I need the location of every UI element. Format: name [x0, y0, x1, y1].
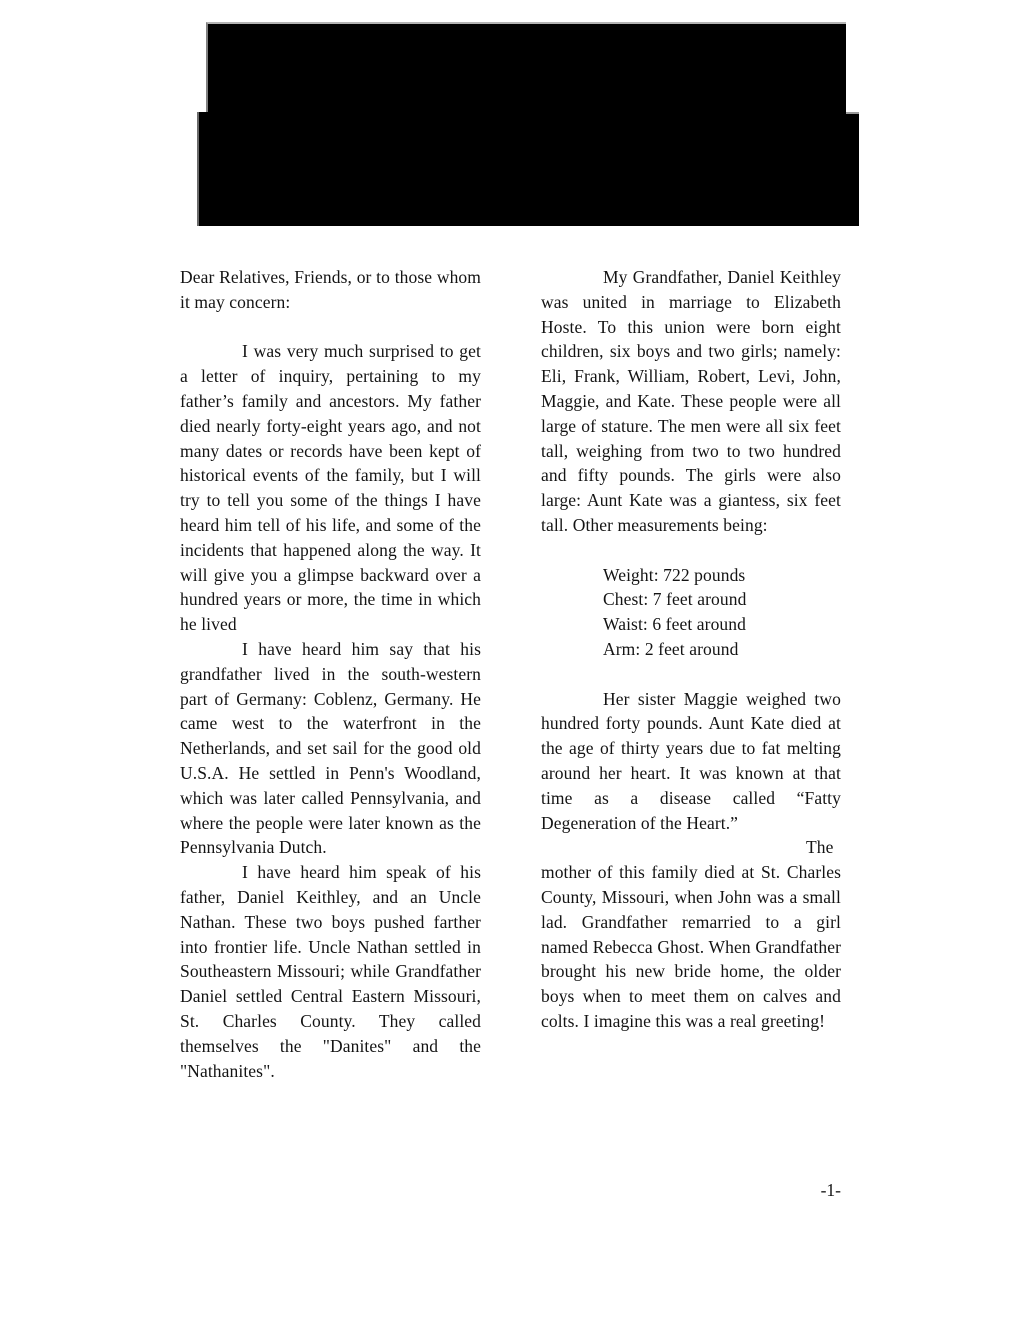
- paragraph-father-uncle-nathan: I have heard him speak of his father, Da…: [180, 860, 481, 1083]
- measurements-list: Weight: 722 pounds Chest: 7 feet around …: [603, 563, 841, 662]
- page-number: -1-: [541, 1178, 841, 1203]
- paragraph-grandfather-germany: I have heard him say that his grandfathe…: [180, 637, 481, 860]
- measurement-weight: Weight: 722 pounds: [603, 563, 841, 588]
- redacted-rect-bottom: [197, 112, 859, 226]
- paragraph-mother-remarriage: The mother of this family died at St. Ch…: [541, 835, 841, 1033]
- measurement-chest: Chest: 7 feet around: [603, 587, 841, 612]
- redacted-rect-notch-edge: [846, 112, 859, 114]
- document-page: Dear Relatives, Friends, or to those who…: [0, 0, 1020, 1320]
- left-column: Dear Relatives, Friends, or to those who…: [180, 265, 481, 1083]
- paragraph-maggie-kate: Her sister Maggie weighed two hundred fo…: [541, 687, 841, 836]
- letter-body: Dear Relatives, Friends, or to those who…: [180, 265, 841, 1083]
- redacted-image-block: [0, 0, 1020, 240]
- measurement-waist: Waist: 6 feet around: [603, 612, 841, 637]
- right-column: My Grandfather, Daniel Keithley was unit…: [541, 265, 841, 1083]
- paragraph-surprised: I was very much surprised to get a lette…: [180, 339, 481, 637]
- paragraph-marriage-children: My Grandfather, Daniel Keithley was unit…: [541, 265, 841, 538]
- salutation: Dear Relatives, Friends, or to those who…: [180, 265, 481, 315]
- measurement-arm: Arm: 2 feet around: [603, 637, 841, 662]
- redacted-rect-top: [206, 22, 846, 124]
